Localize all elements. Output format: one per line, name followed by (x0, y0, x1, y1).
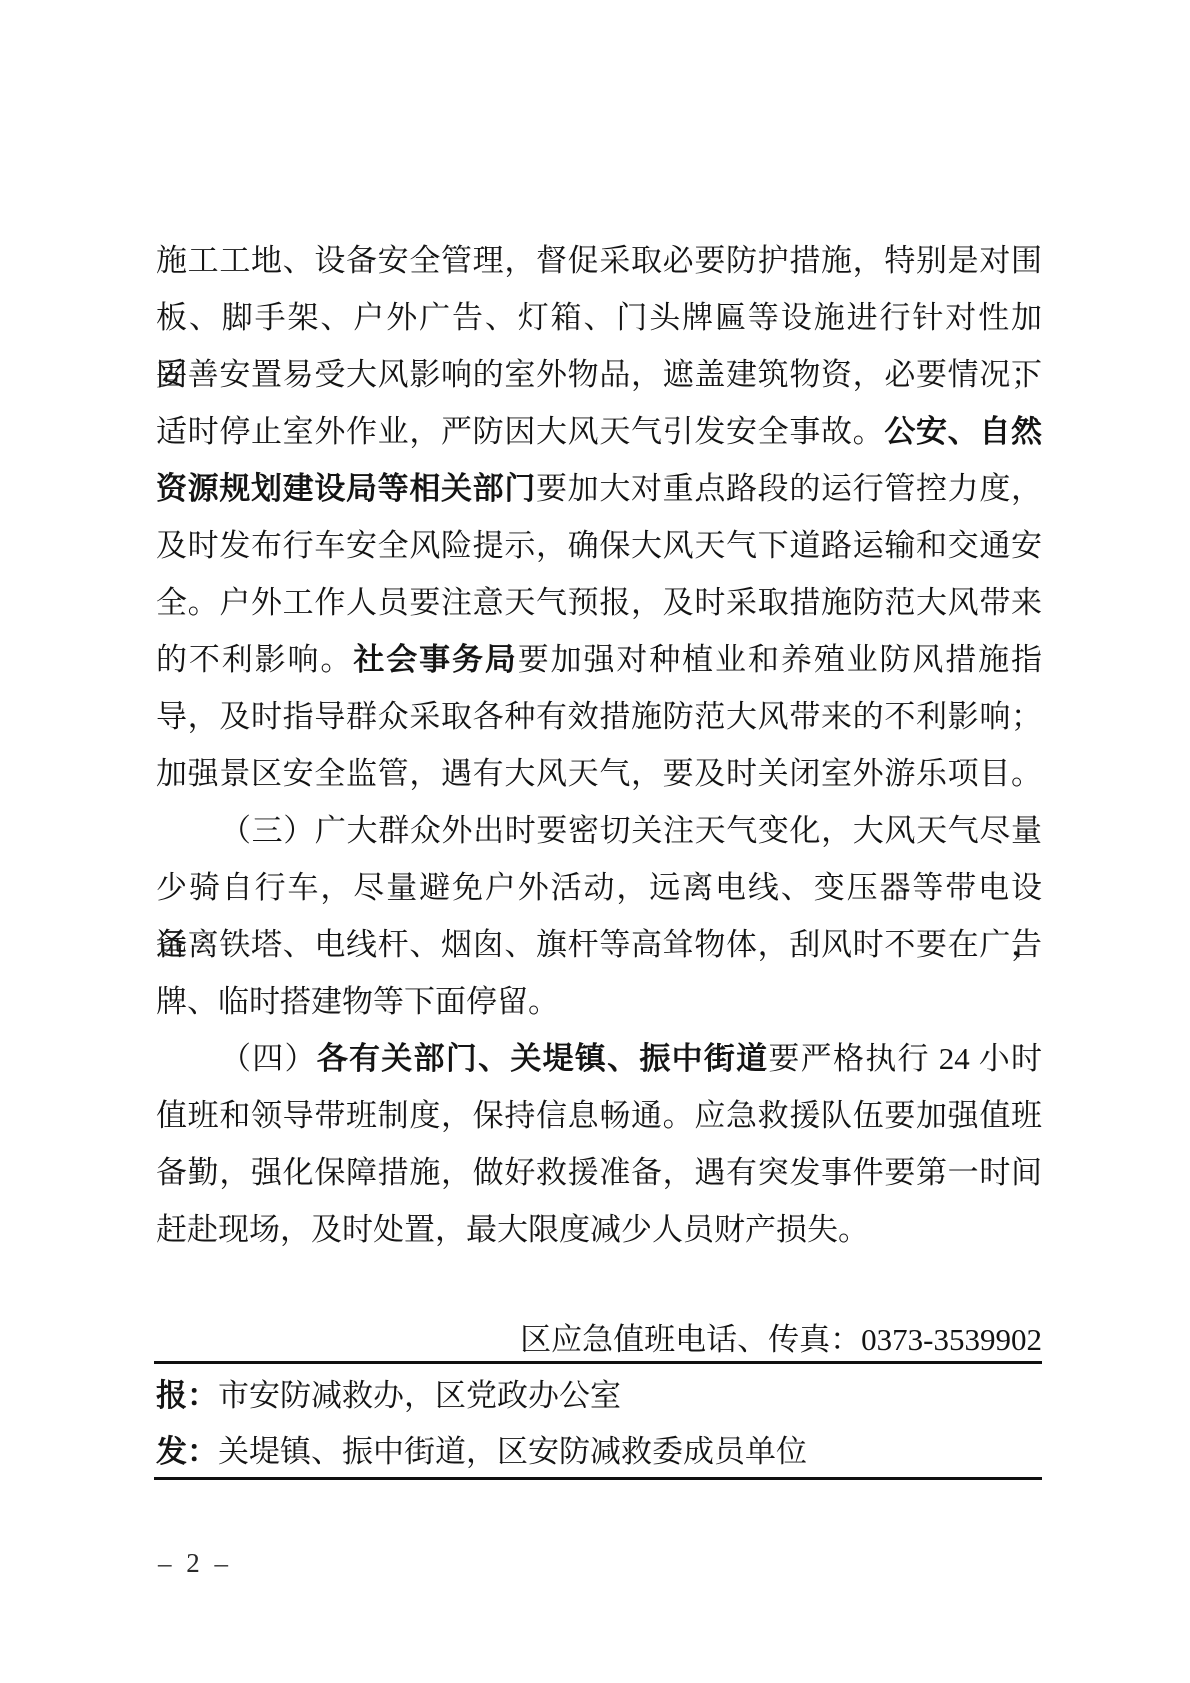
text-segment: 施工工地、设备安全管理，督促采取必要防护措施，特别是对围 (156, 243, 1042, 278)
body-line: 赶赴现场，及时处置，最大限度减少人员财产损失。 (156, 1201, 1042, 1258)
body-line: 及时发布行车安全风险提示，确保大风天气下道路运输和交通安 (156, 517, 1042, 574)
body-line: 加强景区安全监管，遇有大风天气，要及时关闭室外游乐项目。 (156, 745, 1042, 802)
cc-line: 报：市安防减救办，区党政办公室 (156, 1368, 1042, 1424)
body-line: 导，及时指导群众采取各种有效措施防范大风带来的不利影响； (156, 688, 1042, 745)
body-line: 少骑自行车，尽量避免户外活动，远离电线、变压器等带电设备， (156, 859, 1042, 916)
text-segment: 赶赴现场，及时处置，最大限度减少人员财产损失。 (156, 1212, 869, 1247)
text-segment: 妥善安置易受大风影响的室外物品，遮盖建筑物资，必要情况下 (156, 357, 1042, 392)
text-segment: 加强景区安全监管，遇有大风天气，要及时关闭室外游乐项目。 (156, 756, 1042, 791)
body-line: 牌、临时搭建物等下面停留。 (156, 973, 1042, 1030)
cc-section: 报：市安防减救办，区党政办公室发：关堤镇、振中街道，区安防减救委成员单位 (156, 1368, 1042, 1480)
body-line: （四）各有关部门、关堤镇、振中街道要严格执行 24 小时 (156, 1030, 1042, 1087)
text-segment: 适时停止室外作业，严防因大风天气引发安全事故。 (156, 414, 884, 449)
text-segment: 要加大对重点路段的运行管控力度， (536, 471, 1042, 506)
text-segment: （三）广大群众外出时要密切关注天气变化，大风天气尽量 (220, 813, 1042, 848)
body-line: （三）广大群众外出时要密切关注天气变化，大风天气尽量 (156, 802, 1042, 859)
page-number: – 2 – (158, 1546, 232, 1580)
text-segment: 导，及时指导群众采取各种有效措施防范大风带来的不利影响； (156, 699, 1042, 734)
document-page: 施工工地、设备安全管理，督促采取必要防护措施，特别是对围板、脚手架、户外广告、灯… (0, 0, 1190, 1683)
body-line: 全。户外工作人员要注意天气预报，及时采取措施防范大风带来 (156, 574, 1042, 631)
text-segment: 值班和领导带班制度，保持信息畅通。应急救援队伍要加强值班 (156, 1098, 1042, 1133)
body-line: 资源规划建设局等相关部门要加大对重点路段的运行管控力度， (156, 460, 1042, 517)
cc-separator-bottom (154, 1477, 1042, 1480)
body-line: 适时停止室外作业，严防因大风天气引发安全事故。公安、自然 (156, 403, 1042, 460)
text-segment: （四） (220, 1041, 317, 1076)
bold-text-segment: 社会事务局 (353, 642, 517, 677)
text-segment: 牌、临时搭建物等下面停留。 (156, 984, 559, 1019)
cc-text: 关堤镇、振中街道，区安防减救委成员单位 (218, 1434, 807, 1469)
cc-label: 报： (156, 1378, 218, 1413)
cc-line: 发：关堤镇、振中街道，区安防减救委成员单位 (156, 1424, 1042, 1480)
text-segment: 的不利影响。 (156, 642, 353, 677)
bold-text-segment: 公安、自然 (884, 414, 1042, 449)
text-segment: 全。户外工作人员要注意天气预报，及时采取措施防范大风带来 (156, 585, 1042, 620)
cc-separator-top (154, 1361, 1042, 1364)
document-body: 施工工地、设备安全管理，督促采取必要防护措施，特别是对围板、脚手架、户外广告、灯… (156, 232, 1042, 1258)
text-segment: 备勤，强化保障措施，做好救援准备，遇有突发事件要第一时间 (156, 1155, 1042, 1190)
cc-label: 发： (156, 1434, 218, 1469)
body-line: 施工工地、设备安全管理，督促采取必要防护措施，特别是对围 (156, 232, 1042, 289)
bold-text-segment: 各有关部门、关堤镇、振中街道 (317, 1041, 769, 1076)
bold-text-segment: 资源规划建设局等相关部门 (156, 471, 536, 506)
body-line: 的不利影响。社会事务局要加强对种植业和养殖业防风措施指 (156, 631, 1042, 688)
text-segment: 远离铁塔、电线杆、烟囱、旗杆等高耸物体，刮风时不要在广告 (156, 927, 1042, 962)
duty-phone-line: 区应急值班电话、传真：0373-3539902 (156, 1311, 1042, 1368)
body-line: 值班和领导带班制度，保持信息畅通。应急救援队伍要加强值班 (156, 1087, 1042, 1144)
body-line: 远离铁塔、电线杆、烟囱、旗杆等高耸物体，刮风时不要在广告 (156, 916, 1042, 973)
cc-text: 市安防减救办，区党政办公室 (218, 1378, 621, 1413)
body-line: 妥善安置易受大风影响的室外物品，遮盖建筑物资，必要情况下 (156, 346, 1042, 403)
body-line: 板、脚手架、户外广告、灯箱、门头牌匾等设施进行针对性加固； (156, 289, 1042, 346)
text-segment: 要加强对种植业和养殖业防风措施指 (518, 642, 1042, 677)
body-line: 备勤，强化保障措施，做好救援准备，遇有突发事件要第一时间 (156, 1144, 1042, 1201)
text-segment: 及时发布行车安全风险提示，确保大风天气下道路运输和交通安 (156, 528, 1042, 563)
text-segment: 要严格执行 24 小时 (768, 1041, 1042, 1076)
